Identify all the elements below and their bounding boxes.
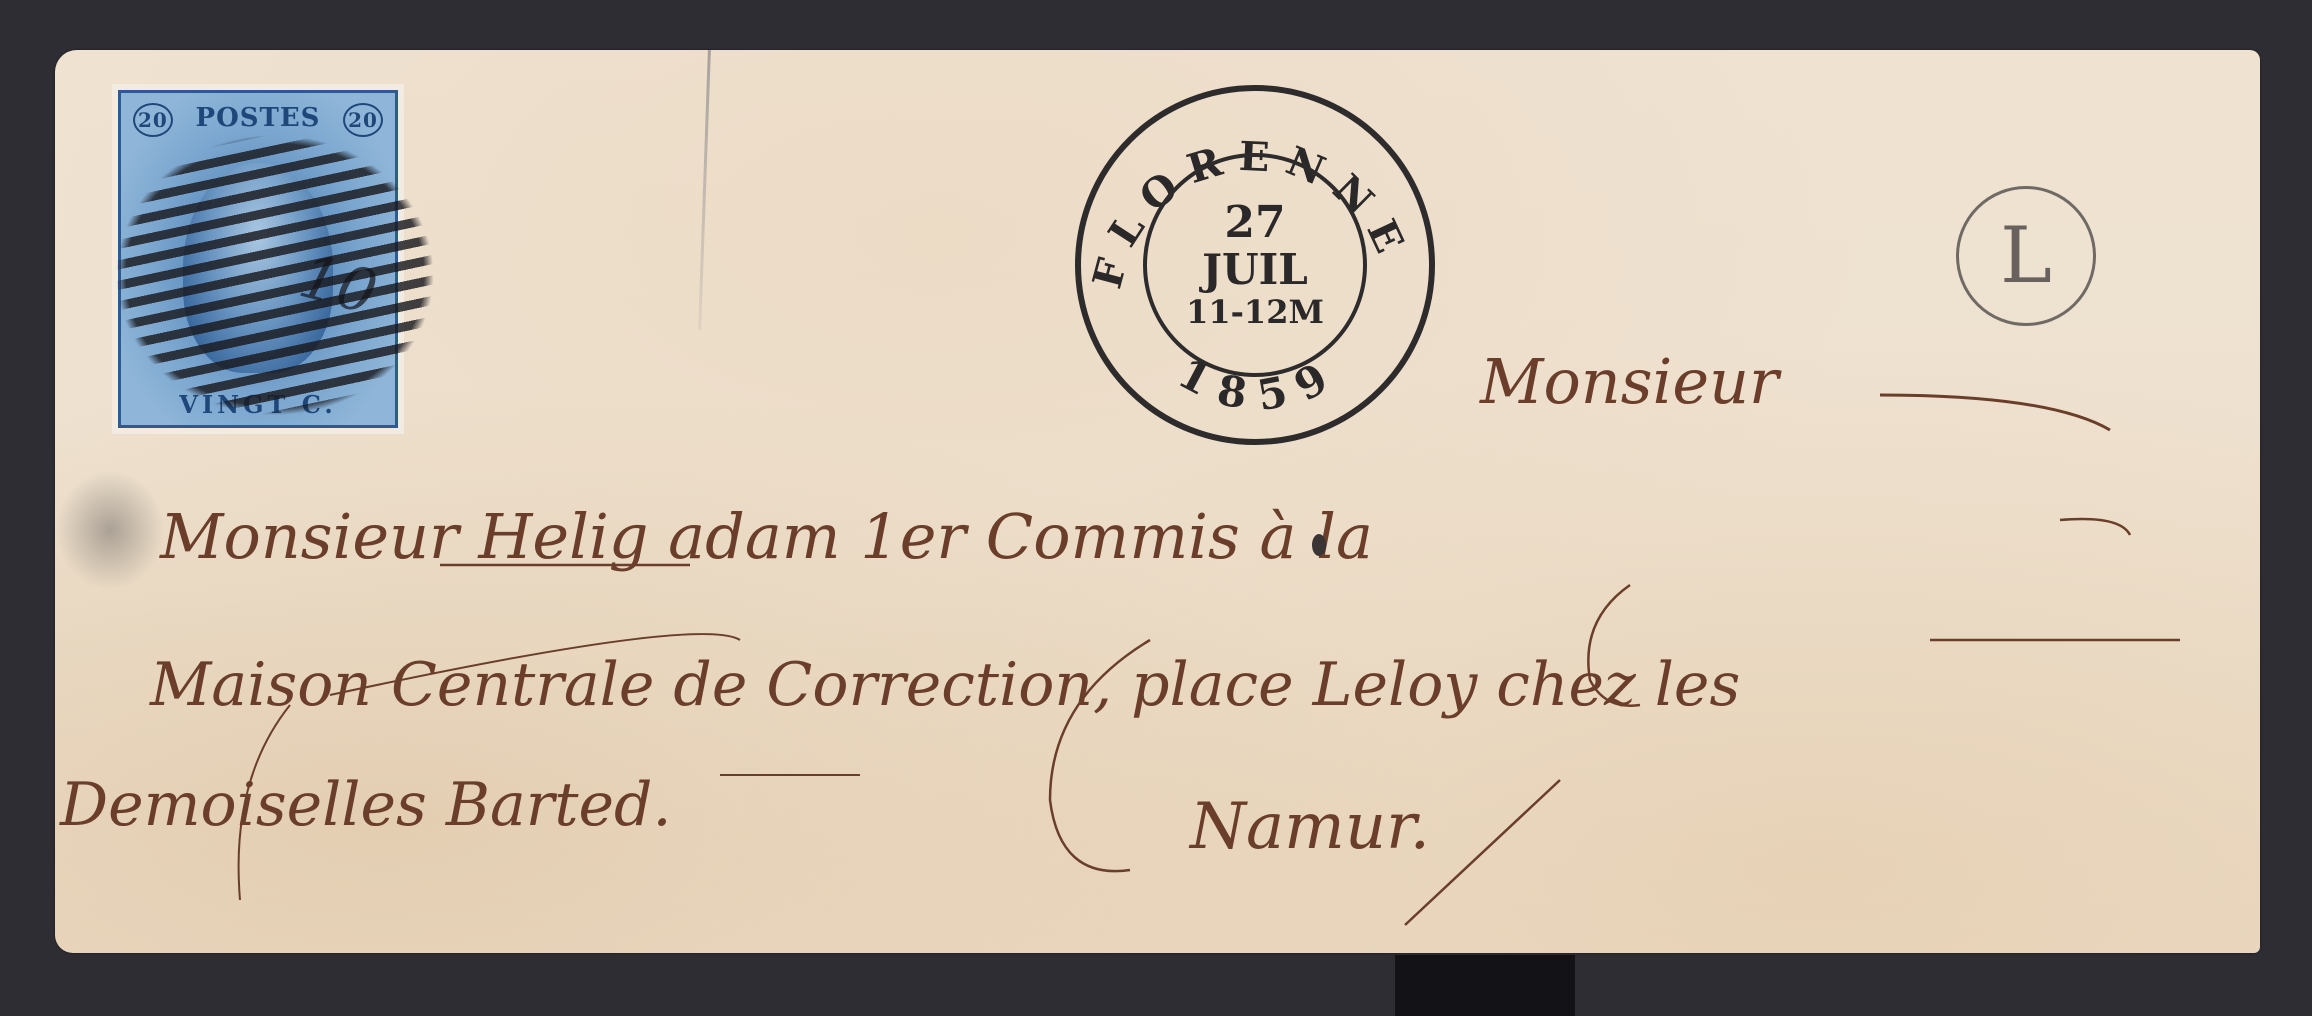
postmark-day: 27	[1224, 199, 1285, 247]
bar-cancellation-icon	[105, 125, 445, 425]
stamp-value-right: 20	[343, 103, 383, 137]
ink-smudge	[55, 470, 165, 590]
address-city: Namur.	[1190, 790, 1430, 864]
address-line-3: Demoiselles Barted.	[60, 770, 672, 840]
postmark-time: 11-12M	[1186, 293, 1324, 331]
stamp-value-left: 20	[133, 103, 173, 137]
address-line-2: Maison Centrale de Correction, place Lel…	[150, 650, 1740, 720]
postmark-date-block: 27 JUIL 11-12M	[1143, 153, 1367, 377]
paper-crease	[698, 50, 711, 330]
circular-date-postmark: FLORENNE 1859 27 JUIL 11-12M	[1075, 85, 1435, 445]
backdrop-shadow	[1395, 955, 1575, 1016]
circled-letter-mark: L	[1956, 186, 2096, 326]
postmark-month: JUIL	[1202, 247, 1308, 293]
address-salutation: Monsieur	[1480, 345, 1779, 418]
ink-blot	[1312, 534, 1326, 556]
mark-letter: L	[2000, 211, 2052, 301]
address-line-1: Monsieur Helig adam 1er Commis à la	[160, 500, 1373, 573]
